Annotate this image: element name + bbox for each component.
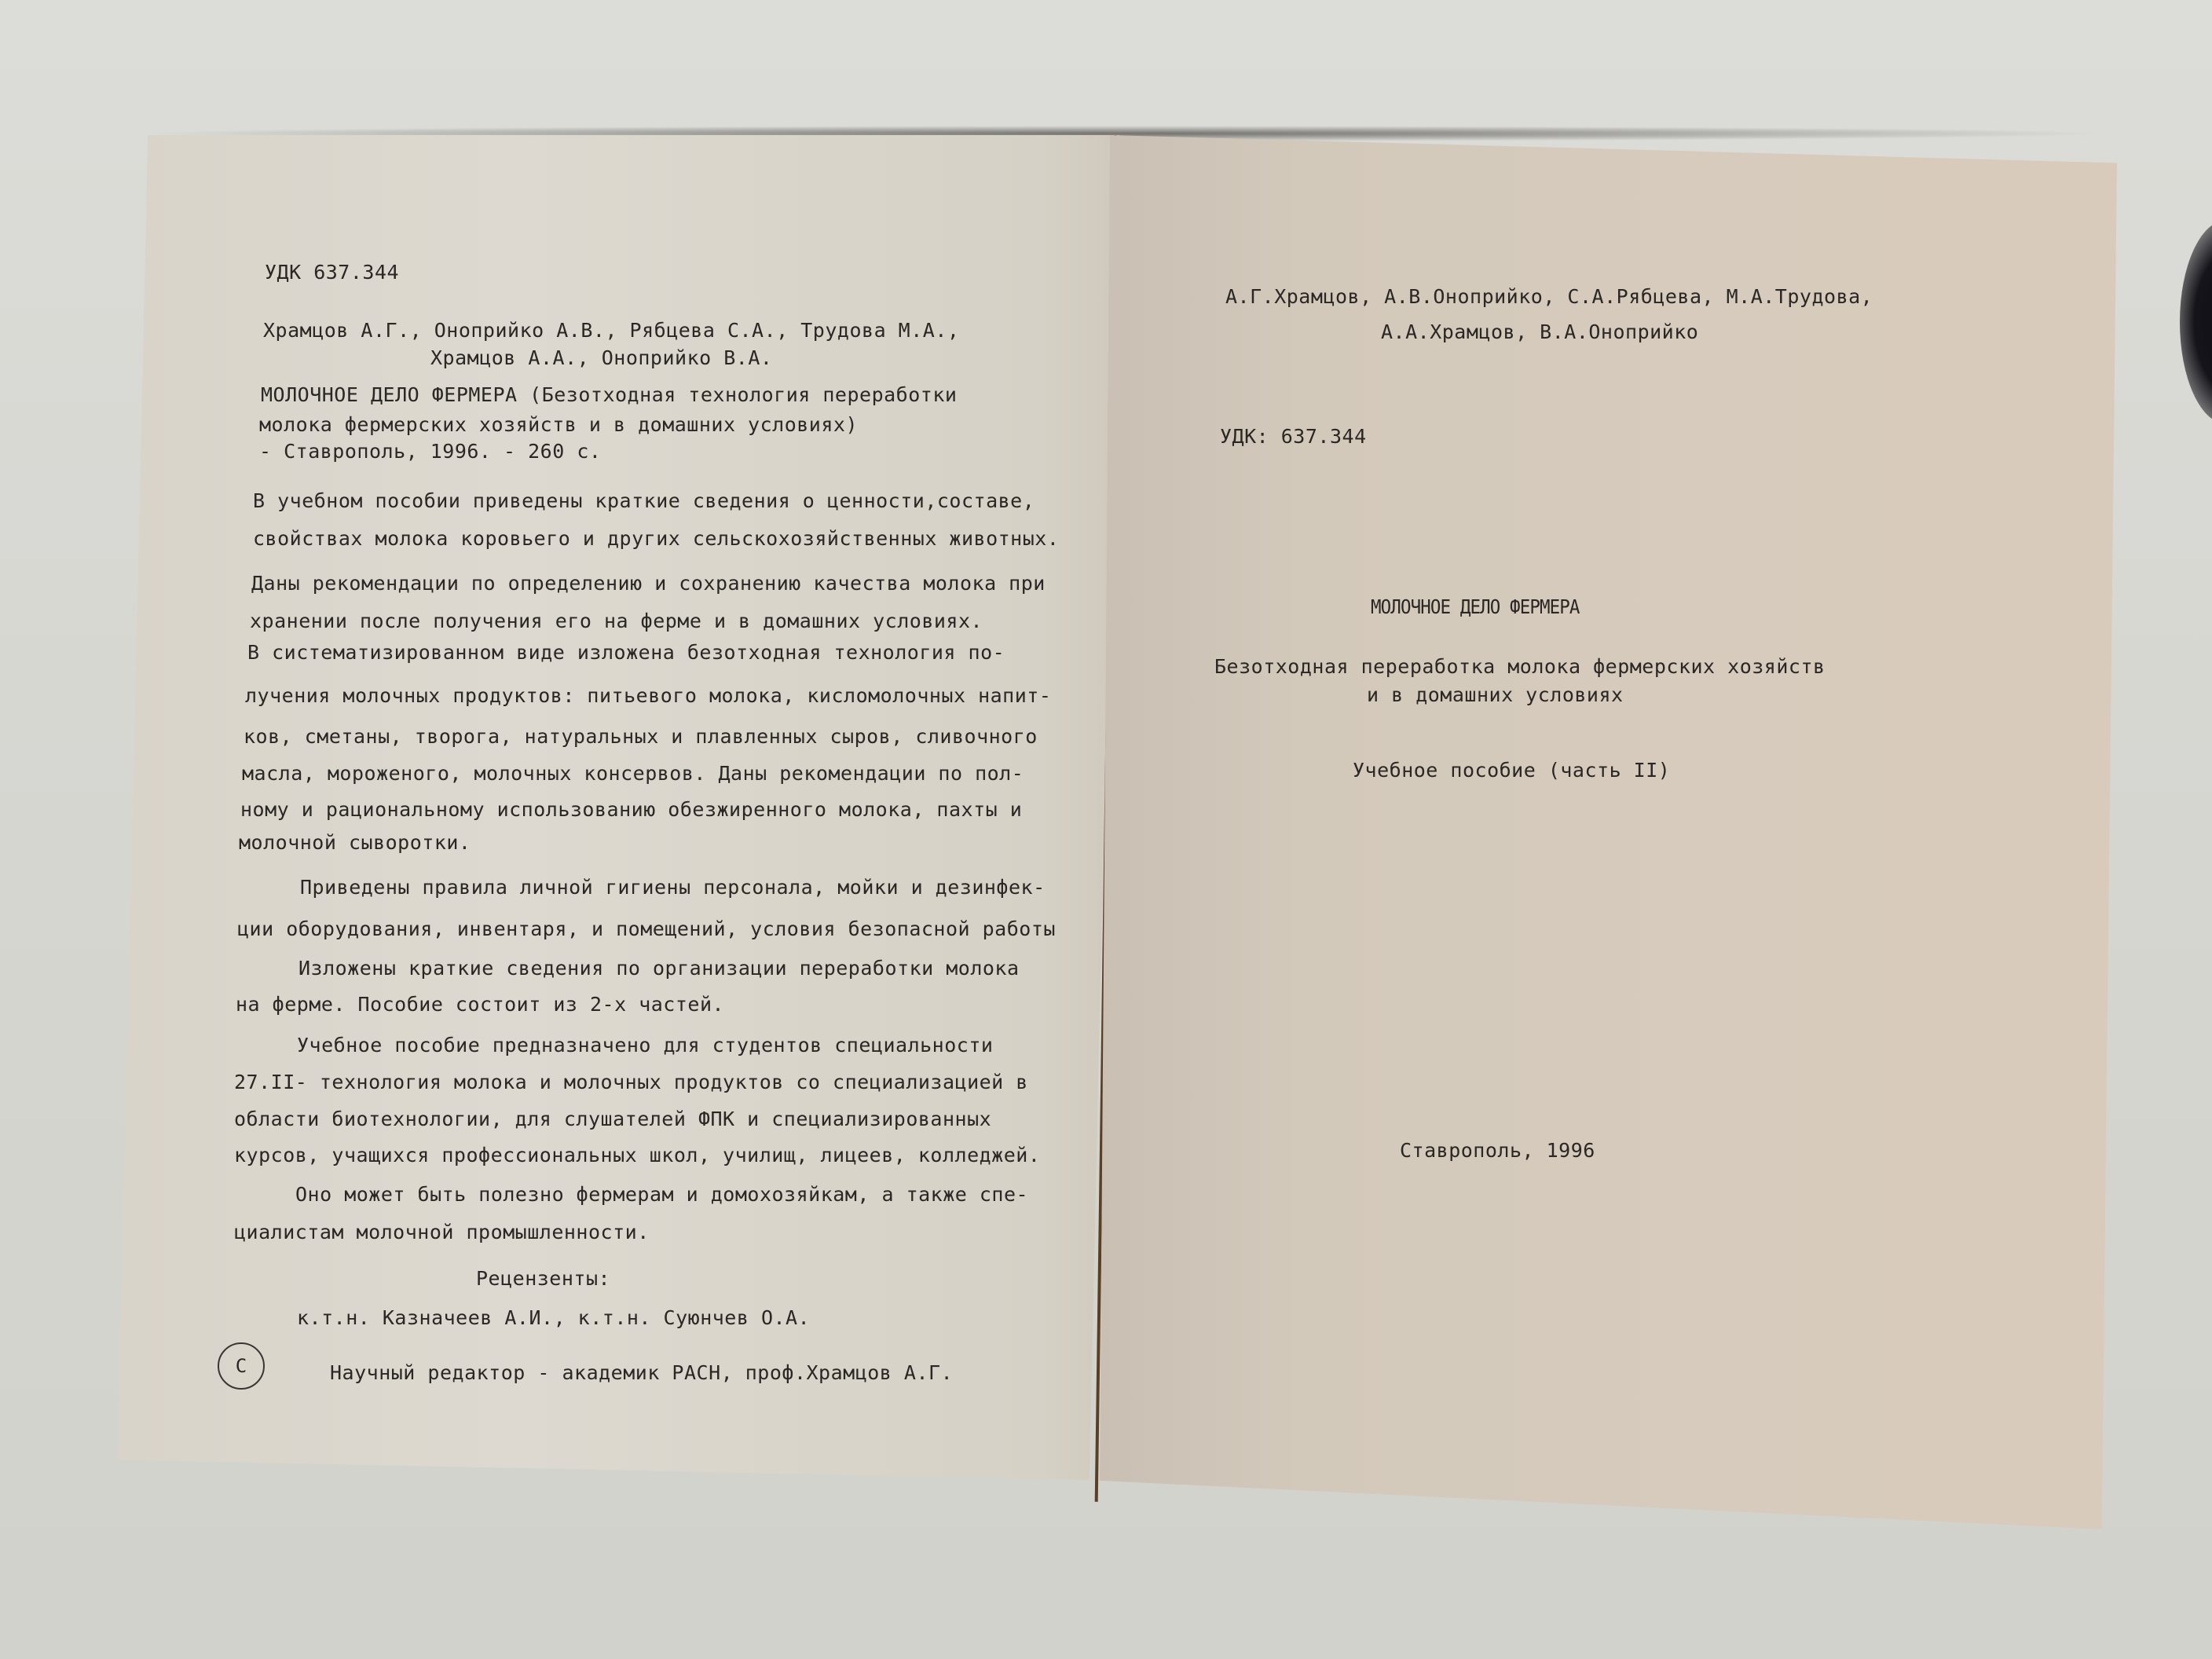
left-udc: УДК 637.344 xyxy=(265,262,399,282)
left-authors-line-2: Храмцов А.А., Оноприйко В.А. xyxy=(430,348,772,368)
copyright-icon: C xyxy=(218,1342,265,1390)
right-udc: УДК: 637.344 xyxy=(1220,427,1367,446)
right-page xyxy=(1100,135,2117,1529)
biblio-title-rest: (Безотходная технология переработки xyxy=(529,383,957,406)
abstract-line: Изложены краткие сведения по организации… xyxy=(298,958,1020,978)
right-authors-line-1: А.Г.Храмцов, А.В.Оноприйко, С.А.Рябцева,… xyxy=(1225,287,1873,306)
book-subtitle-line-1: Безотходная переработка молока фермерски… xyxy=(1214,657,1826,676)
abstract-line: Учебное пособие предназначено для студен… xyxy=(297,1035,993,1055)
reviewers-heading: Рецензенты: xyxy=(476,1269,610,1288)
abstract-line: молочной сыворотки. xyxy=(239,833,471,852)
abstract-line: В систематизированном виде изложена безо… xyxy=(247,643,1005,662)
biblio-title: МОЛОЧНОЕ ДЕЛО ФЕРМЕРА xyxy=(261,385,518,405)
book-type: Учебное пособие (часть II) xyxy=(1353,760,1670,780)
left-authors-line-1: Храмцов А.Г., Оноприйко А.В., Рябцева С.… xyxy=(263,320,959,340)
abstract-line: ции оборудования, инвентаря, и помещений… xyxy=(237,919,1056,939)
reviewers: к.т.н. Казначеев А.И., к.т.н. Суюнчев О.… xyxy=(297,1308,810,1328)
abstract-line: Приведены правила личной гигиены персона… xyxy=(300,877,1046,897)
abstract-line: масла, мороженого, молочных консервов. Д… xyxy=(242,764,1024,783)
biblio-line-1: МОЛОЧНОЕ ДЕЛО ФЕРМЕРА (Безотходная техно… xyxy=(261,385,957,405)
book-title: МОЛОЧНОЕ ДЕЛО ФЕРМЕРА xyxy=(1371,597,1580,617)
abstract-line: области биотехнологии, для слушателей ФП… xyxy=(234,1109,991,1129)
abstract-line: хранении после получения его на ферме и … xyxy=(250,611,983,631)
abstract-line: на ферме. Пособие состоит из 2-х частей. xyxy=(236,994,724,1014)
copyright-symbol: C xyxy=(236,1355,247,1377)
abstract-line: Оно может быть полезно фермерам и домохо… xyxy=(295,1185,1028,1204)
abstract-line: В учебном пособии приведены краткие свед… xyxy=(253,491,1035,511)
abstract-line: 27.II- технология молока и молочных прод… xyxy=(234,1072,1028,1092)
abstract-line: лучения молочных продуктов: питьевого мо… xyxy=(245,686,1051,705)
imprint: Ставрополь, 1996 xyxy=(1400,1141,1595,1160)
abstract-line: ному и рациональному использованию обезж… xyxy=(240,800,1022,819)
right-authors-line-2: А.А.Храмцов, В.А.Оноприйко xyxy=(1381,322,1698,342)
biblio-line-2: молока фермерских хозяйств и в домашних … xyxy=(259,415,858,434)
book-subtitle-line-2: и в домашних условиях xyxy=(1367,685,1624,705)
dark-object-edge xyxy=(2180,220,2212,424)
biblio-line-3: - Ставрополь, 1996. - 260 с. xyxy=(259,441,601,461)
abstract-line: Даны рекомендации по определению и сохра… xyxy=(251,573,1046,593)
abstract-line: ков, сметаны, творога, натуральных и пла… xyxy=(244,727,1038,746)
abstract-line: циалистам молочной промышленности. xyxy=(234,1222,650,1242)
abstract-line: курсов, учащихся профессиональных школ, … xyxy=(234,1145,1040,1165)
abstract-line: свойствах молока коровьего и других сель… xyxy=(253,529,1059,548)
scientific-editor: Научный редактор - академик РАСН, проф.Х… xyxy=(330,1363,953,1382)
